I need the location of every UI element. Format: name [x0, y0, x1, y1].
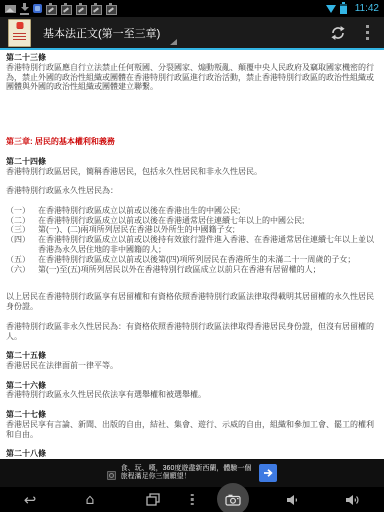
- list-item-text: 第(一)至(五)項所列居民以外在香港特別行政區成立以前只在香港有居留權的人；: [38, 265, 378, 275]
- list-item: （五）在香港特別行政區成立以前或以後第(四)項所列居民在香港所生的未滿二十一周歲…: [6, 255, 378, 265]
- gallery-icon: [5, 5, 16, 13]
- article-heading: 第二十七條: [6, 410, 378, 420]
- paragraph: 香港特別行政區非永久性居民為：有資格依照香港特別行政區法律取得香港居民身份證，但…: [6, 322, 378, 342]
- list-item-number: （一）: [6, 206, 38, 216]
- chapter-heading: 第三章: 居民的基本權利和義務: [6, 137, 378, 147]
- paragraph: 香港特別行政區永久性居民為：: [6, 186, 378, 196]
- update-icon: [106, 5, 117, 15]
- list-item-text: 在香港特別行政區成立以前或以後在香港通常居住連續七年以上的中國公民;: [38, 216, 378, 226]
- paragraph: 香港特別行政區應自行立法禁止任何叛國、分裂國家、煽動叛亂、顛覆中央人民政府及竊取…: [6, 63, 378, 92]
- overflow-menu-button[interactable]: [364, 23, 372, 43]
- home-button[interactable]: ⌂: [86, 487, 95, 512]
- refresh-icon: [330, 25, 346, 41]
- list-item: （二）在香港特別行政區成立以前或以後在香港通常居住連續七年以上的中國公民;: [6, 216, 378, 226]
- ad-inner: 食、玩、嘆，360度遊盡新西蘭，體驗一個 旅程滿足你三個願望！: [107, 464, 278, 482]
- paragraph: 以上居民在香港特別行政區享有居留權和有資格依照香港特別行政區法律取得載明其居留權…: [6, 292, 378, 312]
- numbered-list: （一）在香港特別行政區成立以前或以後在香港出生的中國公民;（二）在香港特別行政區…: [6, 206, 378, 275]
- action-bar: 基本法正文(第一至三章): [0, 17, 384, 50]
- list-item-number: （三）: [6, 225, 38, 235]
- volume-up-button[interactable]: [345, 487, 361, 512]
- volume-up-icon: [345, 494, 361, 506]
- ad-text: 食、玩、嘆，360度遊盡新西蘭，體驗一個 旅程滿足你三個願望！: [121, 465, 252, 482]
- article-heading: 第二十三條: [6, 53, 378, 63]
- update-icon: [61, 5, 72, 15]
- update-icon: [91, 5, 102, 15]
- title-spinner[interactable]: 基本法正文(第一至三章): [43, 17, 183, 48]
- back-button[interactable]: ↩: [24, 487, 37, 512]
- article-heading: 第二十八條: [6, 449, 378, 459]
- ad-line1: 食、玩、嘆，360度遊盡新西蘭，體驗一個: [121, 465, 252, 474]
- list-item-text: 在香港特別行政區成立以前或以後在香港出生的中國公民;: [38, 206, 378, 216]
- android-screen: 11:42 基本法正文(第一至三章) 第二十三條香港特別行政區應自行立法禁止任何…: [0, 0, 384, 512]
- update-icon: [46, 5, 57, 15]
- status-left-icons: [5, 2, 117, 15]
- volume-down-button[interactable]: [286, 487, 300, 512]
- list-item-number: （五）: [6, 255, 38, 265]
- list-item: （四）在香港特別行政區成立以前或以後持有效旅行證件進入香港、在香港通常居住連續七…: [6, 235, 378, 255]
- list-item: （三）第(一)、(二)兩項所列居民在香港以外所生的中國籍子女;: [6, 225, 378, 235]
- list-item-number: （六）: [6, 265, 38, 275]
- ad-line2: 旅程滿足你三個願望！: [121, 473, 252, 482]
- refresh-button[interactable]: [330, 25, 346, 41]
- spinner-caret-icon: [170, 39, 177, 45]
- list-item: （六）第(一)至(五)項所列居民以外在香港特別行政區成立以前只在香港有居留權的人…: [6, 265, 378, 275]
- clock: 11:42: [355, 3, 379, 14]
- app-icon[interactable]: [8, 19, 31, 47]
- paragraph: 香港居民在法律面前一律平等。: [6, 361, 378, 371]
- wifi-icon: [326, 5, 336, 13]
- list-item-text: 在香港特別行政區成立以前或以後第(四)項所列居民在香港所生的未滿二十一周歲的子女…: [38, 255, 378, 265]
- list-item-text: 第(一)、(二)兩項所列居民在香港以外所生的中國籍子女;: [38, 225, 378, 235]
- list-item-number: （四）: [6, 235, 38, 255]
- paragraph: 香港特別行政區居民，簡稱香港居民，包括永久性居民和非永久性居民。: [6, 167, 378, 177]
- app-notification-icon: [33, 4, 42, 13]
- download-icon: [20, 3, 29, 15]
- recent-apps-button[interactable]: [146, 487, 160, 512]
- article-heading: 第二十六條: [6, 381, 378, 391]
- status-right: 11:42: [326, 3, 379, 14]
- navigation-bar: ↩ ⌂: [0, 487, 384, 512]
- update-icon: [76, 5, 87, 15]
- article-heading: 第二十五條: [6, 351, 378, 361]
- list-item-text: 在香港特別行政區成立以前或以後持有效旅行證件進入香港、在香港通常居住連續七年以上…: [38, 235, 378, 255]
- ad-info-icon[interactable]: [107, 471, 116, 480]
- paragraph: 香港居民享有言論、新聞、出版的自由，結社、集會、遊行、示威的自由，組織和參加工會…: [6, 420, 378, 440]
- recents-icon: [146, 493, 160, 506]
- volume-down-icon: [286, 494, 300, 506]
- arrow-right-icon: [263, 468, 273, 478]
- status-bar: 11:42: [0, 0, 384, 17]
- camera-button[interactable]: [225, 487, 241, 512]
- list-item-number: （二）: [6, 216, 38, 226]
- menu-dots-button[interactable]: [191, 487, 194, 512]
- document-content[interactable]: 第二十三條香港特別行政區應自行立法禁止任何叛國、分裂國家、煽動叛亂、顛覆中央人民…: [0, 50, 384, 459]
- page-title: 基本法正文(第一至三章): [43, 25, 160, 41]
- action-bar-actions: [330, 23, 384, 43]
- ad-banner[interactable]: 食、玩、嘆，360度遊盡新西蘭，體驗一個 旅程滿足你三個願望！: [0, 459, 384, 487]
- ad-arrow-button[interactable]: [259, 464, 277, 482]
- article-heading: 第二十四條: [6, 157, 378, 167]
- camera-icon: [225, 494, 241, 506]
- battery-icon: [340, 4, 347, 14]
- paragraph: 香港特別行政區永久性居民依法享有選舉權和被選舉權。: [6, 390, 378, 400]
- list-item: （一）在香港特別行政區成立以前或以後在香港出生的中國公民;: [6, 206, 378, 216]
